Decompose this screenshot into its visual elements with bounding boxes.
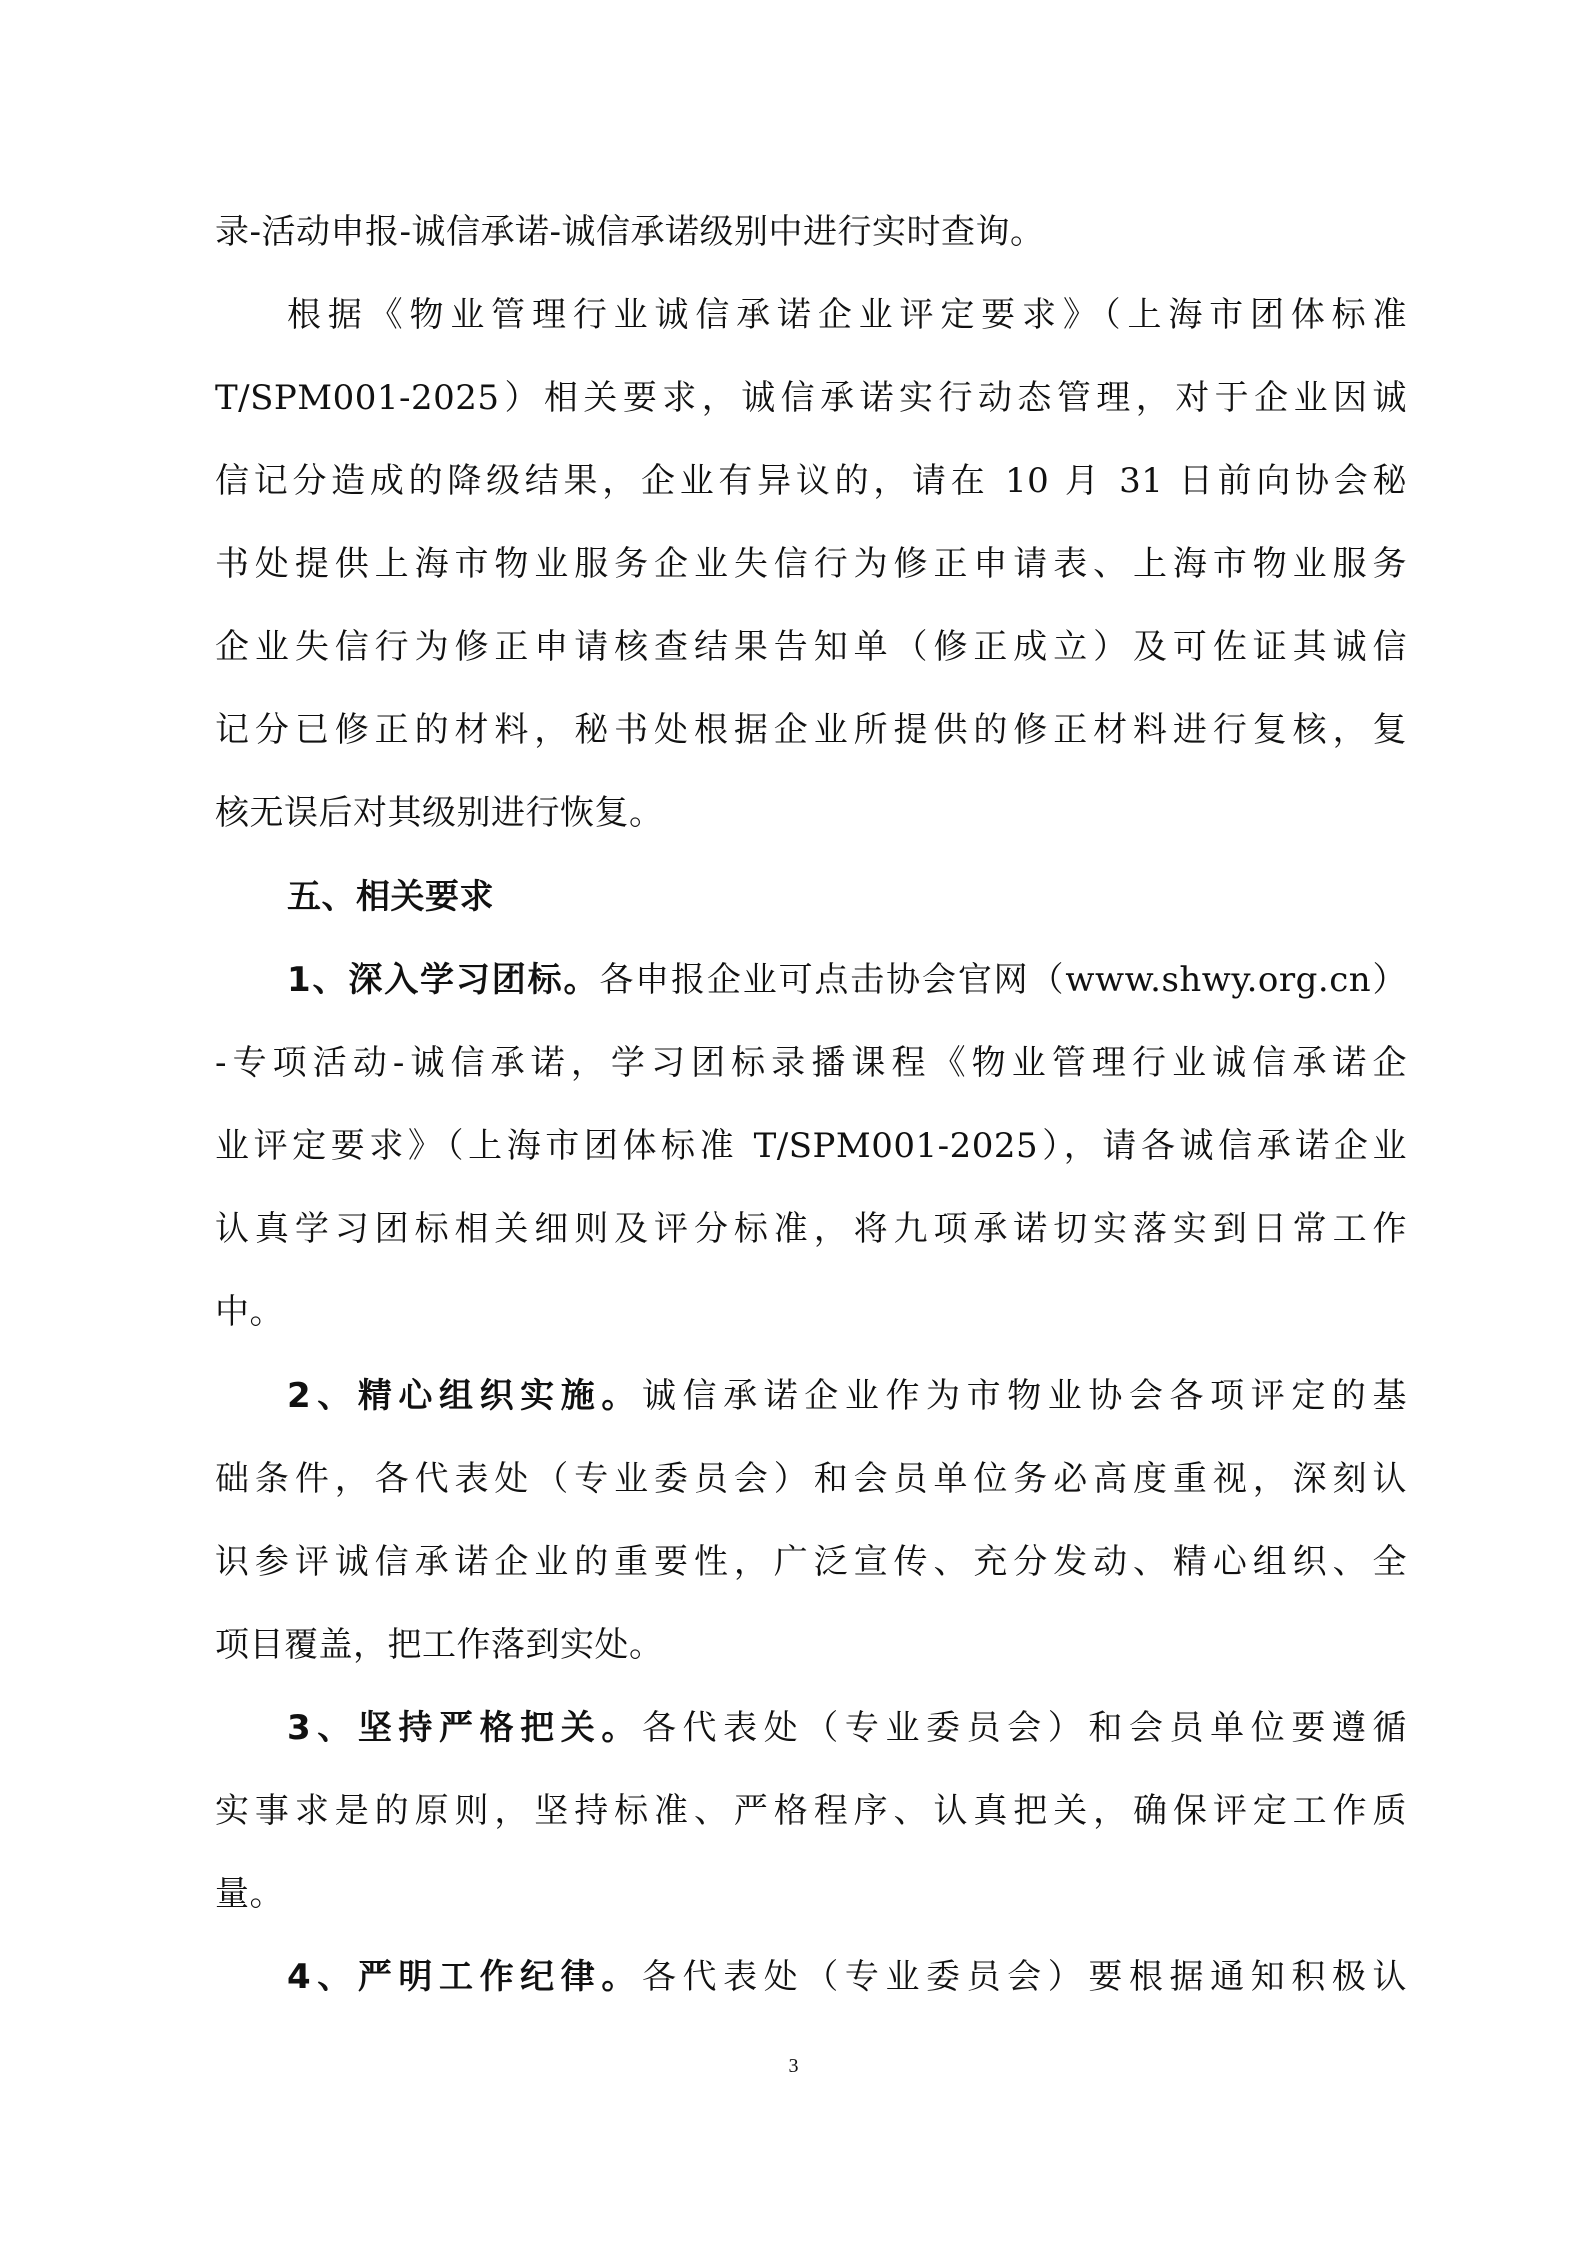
list-item-first-line: 3、坚持严格把关。各代表处（专业委员会）和会员单位要遵循 bbox=[287, 1698, 1407, 1758]
paragraph-line: 录-活动申报-诚信承诺-诚信承诺级别中进行实时查询。 bbox=[215, 202, 1407, 262]
paragraph-line: 中。 bbox=[215, 1282, 1407, 1342]
item-text: 各代表处（专业委员会）要根据通知积极认 bbox=[642, 1957, 1407, 1997]
paragraph-line: 根据《物业管理行业诚信承诺企业评定要求》（上海市团体标准 bbox=[287, 285, 1407, 345]
list-item-first-line: 2、精心组织实施。诚信承诺企业作为市物业协会各项评定的基 bbox=[287, 1366, 1407, 1426]
paragraph-line: 信记分造成的降级结果，企业有异议的，请在 10 月 31 日前向协会秘 bbox=[215, 451, 1407, 511]
item-text: 诚信承诺企业作为市物业协会各项评定的基 bbox=[642, 1376, 1407, 1416]
page-number: 3 bbox=[0, 2055, 1587, 2078]
item-title: 3、坚持严格把关。 bbox=[287, 1708, 642, 1748]
document-page: 录-活动申报-诚信承诺-诚信承诺级别中进行实时查询。 根据《物业管理行业诚信承诺… bbox=[0, 0, 1587, 2245]
paragraph-line: 项目覆盖，把工作落到实处。 bbox=[215, 1615, 1407, 1675]
paragraph-line: 识参评诚信承诺企业的重要性，广泛宣传、充分发动、精心组织、全 bbox=[215, 1532, 1407, 1592]
list-item-first-line: 1、深入学习团标。各申报企业可点击协会官网（www.shwy.org.cn） bbox=[287, 950, 1407, 1010]
item-text: 各申报企业可点击协会官网（www.shwy.org.cn） bbox=[599, 960, 1407, 1000]
paragraph-line: -专项活动-诚信承诺，学习团标录播课程《物业管理行业诚信承诺企 bbox=[215, 1033, 1407, 1093]
paragraph-line: 企业失信行为修正申请核查结果告知单（修正成立）及可佐证其诚信 bbox=[215, 617, 1407, 677]
paragraph-line: 量。 bbox=[215, 1864, 1407, 1924]
section-heading: 五、相关要求 bbox=[287, 867, 1407, 927]
paragraph-line: 书处提供上海市物业服务企业失信行为修正申请表、上海市物业服务 bbox=[215, 534, 1407, 594]
paragraph-line: 础条件，各代表处（专业委员会）和会员单位务必高度重视，深刻认 bbox=[215, 1449, 1407, 1509]
paragraph-line: 记分已修正的材料，秘书处根据企业所提供的修正材料进行复核，复 bbox=[215, 700, 1407, 760]
item-title: 4、严明工作纪律。 bbox=[287, 1957, 642, 1997]
paragraph-line: 认真学习团标相关细则及评分标准，将九项承诺切实落实到日常工作 bbox=[215, 1199, 1407, 1259]
paragraph-line: 核无误后对其级别进行恢复。 bbox=[215, 783, 1407, 843]
list-item-first-line: 4、严明工作纪律。各代表处（专业委员会）要根据通知积极认 bbox=[287, 1947, 1407, 2007]
paragraph-line: 业评定要求》（上海市团体标准 T/SPM001-2025），请各诚信承诺企业 bbox=[215, 1116, 1407, 1176]
item-text: 各代表处（专业委员会）和会员单位要遵循 bbox=[642, 1708, 1407, 1748]
paragraph-line: T/SPM001-2025）相关要求，诚信承诺实行动态管理，对于企业因诚 bbox=[215, 368, 1407, 428]
paragraph-line: 实事求是的原则，坚持标准、严格程序、认真把关，确保评定工作质 bbox=[215, 1781, 1407, 1841]
item-title: 2、精心组织实施。 bbox=[287, 1376, 642, 1416]
item-title: 1、深入学习团标。 bbox=[287, 960, 599, 1000]
